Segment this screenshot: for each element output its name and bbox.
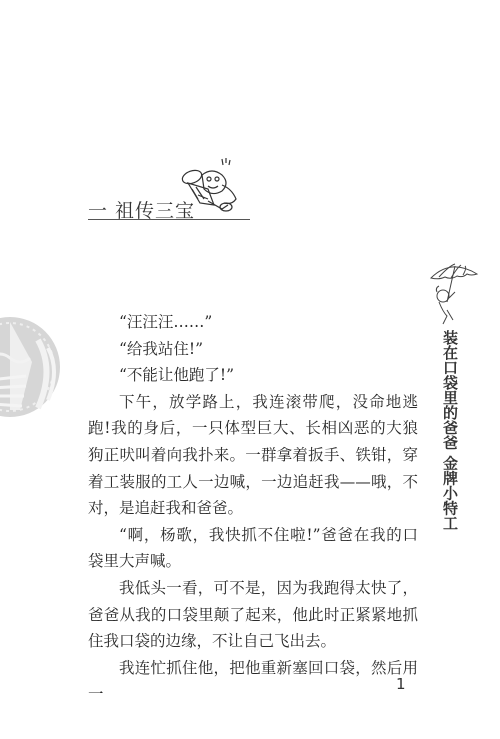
body-text: “汪汪汪……” “给我站住!” “不能让他跑了!” 下午，放学路上，我连滚带爬，… [88, 309, 418, 708]
paragraph: “汪汪汪……” [88, 309, 418, 336]
paragraph: “啊，杨歌，我快抓不住啦!”爸爸在我的口袋里大声喊。 [88, 522, 418, 575]
chapter-heading: 一 祖传三宝 [88, 196, 253, 220]
decorative-circle-watermark-icon [0, 300, 60, 435]
paragraph: “给我站住!” [88, 336, 418, 363]
chapter-title-underline [88, 219, 250, 220]
book-series-title: 装在口袋里的爸爸 金牌小特工 [440, 330, 458, 530]
umbrella-character-icon [427, 262, 482, 327]
paragraph: 我连忙抓住他，把他重新塞回口袋，然后用一 [88, 655, 418, 708]
paragraph: “不能让他跑了!” [88, 362, 418, 389]
paragraph: 我低头一看，可不是，因为我跑得太快了，爸爸从我的口袋里颠了起来，他此时正紧紧地抓… [88, 575, 418, 655]
page-number: 1 [396, 675, 406, 693]
paragraph: 下午，放学路上，我连滚带爬，没命地逃跑!我的身后，一只体型巨大、长相凶恶的大狼狗… [88, 389, 418, 522]
